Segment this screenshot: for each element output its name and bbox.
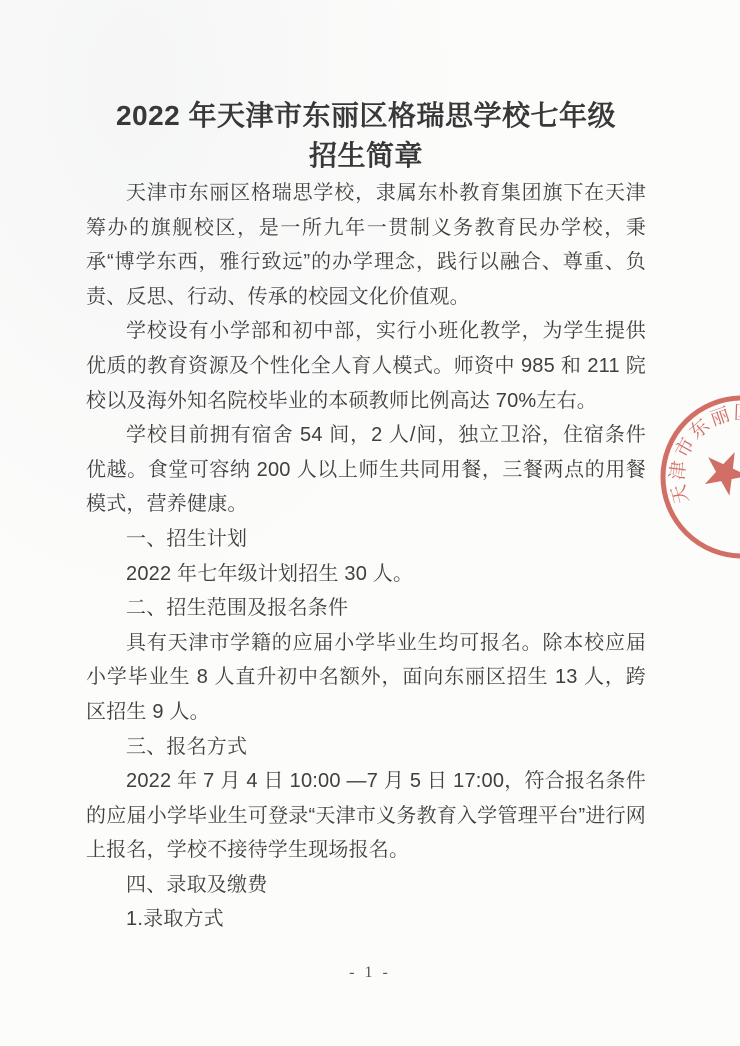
svg-text:天津市东丽区格瑞思学校: 天津市东丽区格瑞思学校	[666, 402, 740, 512]
section-heading-4: 四、录取及缴费	[86, 868, 646, 903]
document-page: 2022 年天津市东丽区格瑞思学校七年级 招生简章 天津市东丽区格瑞思学校，隶属…	[0, 0, 740, 1046]
title-line-2: 招生简章	[86, 136, 646, 176]
seal-ring	[663, 398, 740, 556]
paragraph-teaching: 学校设有小学部和初中部，实行小班化教学，为学生提供优质的教育资源及个性化全人育人…	[86, 314, 646, 418]
section-heading-3: 三、报名方式	[86, 730, 646, 765]
section-heading-2: 二、招生范围及报名条件	[86, 591, 646, 626]
section-heading-1: 一、招生计划	[86, 522, 646, 557]
paragraph-facilities: 学校目前拥有宿舍 54 间，2 人/间，独立卫浴，住宿条件优越。食堂可容纳 20…	[86, 418, 646, 522]
title-line-1: 2022 年天津市东丽区格瑞思学校七年级	[86, 96, 646, 136]
seal-graphic: 天津市东丽区格瑞思学校	[632, 367, 740, 587]
paragraph-enrollment-plan: 2022 年七年级计划招生 30 人。	[86, 557, 646, 592]
seal-text: 天津市东丽区格瑞思学校	[666, 402, 740, 512]
page-number: - 1 -	[0, 964, 740, 982]
page-title: 2022 年天津市东丽区格瑞思学校七年级 招生简章	[86, 96, 646, 176]
paragraph-intro: 天津市东丽区格瑞思学校，隶属东朴教育集团旗下在天津筹办的旗舰校区，是一所九年一贯…	[86, 176, 646, 314]
document-content: 2022 年天津市东丽区格瑞思学校七年级 招生简章 天津市东丽区格瑞思学校，隶属…	[86, 96, 646, 937]
paragraph-registration: 2022 年 7 月 4 日 10:00 —7 月 5 日 17:00，符合报名…	[86, 764, 646, 868]
paragraph-eligibility: 具有天津市学籍的应届小学毕业生均可报名。除本校应届小学毕业生 8 人直升初中名额…	[86, 626, 646, 730]
school-seal: 天津市东丽区格瑞思学校	[632, 367, 740, 587]
seal-star-icon	[697, 443, 740, 499]
paragraph-admission-method: 1.录取方式	[86, 902, 646, 937]
